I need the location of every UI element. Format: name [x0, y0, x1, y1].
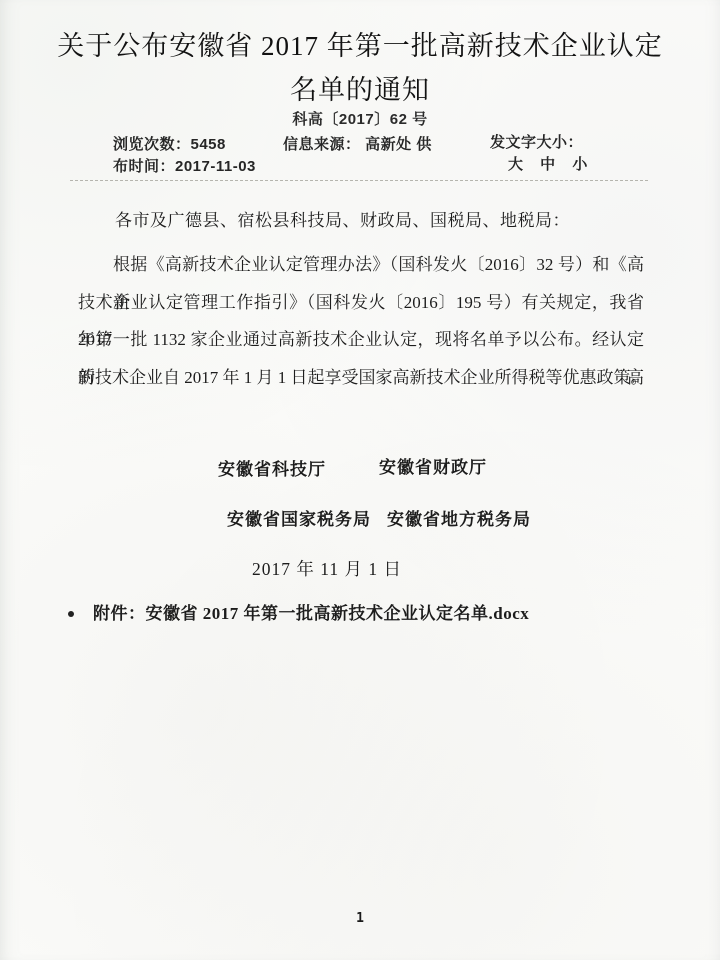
- bullet-icon: [68, 611, 74, 617]
- body-line: 根据《高新技术企业认定管理办法》（国科发火〔2016〕32 号）和《高新: [78, 246, 644, 284]
- meta-views: 浏览次数：5458: [113, 134, 256, 156]
- body-line: 技术企业认定管理工作指引》（国科发火〔2016〕195 号）有关规定，我省 20…: [78, 284, 644, 322]
- body-paragraph: 根据《高新技术企业认定管理办法》（国科发火〔2016〕32 号）和《高新 技术企…: [78, 246, 644, 396]
- meta-right-column: 发文字大小： 大 中 小: [490, 132, 588, 176]
- signature-finance-dept: 安徽省财政厅: [379, 453, 487, 478]
- salutation: 各市及广德县、宿松县科技局、财政局、国税局、地税局：: [115, 206, 570, 231]
- meta-left-column: 浏览次数：5458 布时间：2017-11-03: [113, 134, 256, 178]
- page-number: 1: [0, 911, 720, 926]
- signature-national-tax-bureau: 安徽省国家税务局: [227, 505, 371, 530]
- doc-number: 科高〔2017〕62 号: [0, 108, 720, 129]
- page-title: 关于公布安徽省 2017 年第一批高新技术企业认定 名单的通知: [0, 24, 720, 112]
- body-line: 新技术企业自 2017 年 1 月 1 日起享受国家高新技术企业所得税等优惠政策…: [78, 359, 644, 397]
- signature-science-dept: 安徽省科技厅: [218, 455, 326, 480]
- font-size-options: 大 中 小: [490, 154, 588, 176]
- scanned-notice-page: 关于公布安徽省 2017 年第一批高新技术企业认定 名单的通知 科高〔2017〕…: [0, 0, 720, 960]
- meta-font-size-label: 发文字大小：: [490, 132, 588, 154]
- attachment-filename: 附件：安徽省 2017 年第一批高新技术企业认定名单.docx: [93, 599, 529, 624]
- meta-source: 信息来源： 高新处 供: [283, 134, 432, 156]
- body-line: 年第一批 1132 家企业通过高新技术企业认定，现将名单予以公布。经认定的高: [78, 321, 644, 359]
- title-line-2: 名单的通知: [0, 68, 720, 112]
- title-line-1: 关于公布安徽省 2017 年第一批高新技术企业认定: [0, 24, 720, 68]
- signature-local-tax-bureau: 安徽省地方税务局: [387, 505, 531, 530]
- dotted-divider: [70, 180, 648, 181]
- issue-date: 2017 年 11 月 1 日: [252, 556, 402, 581]
- meta-publish-date: 布时间：2017-11-03: [113, 156, 256, 178]
